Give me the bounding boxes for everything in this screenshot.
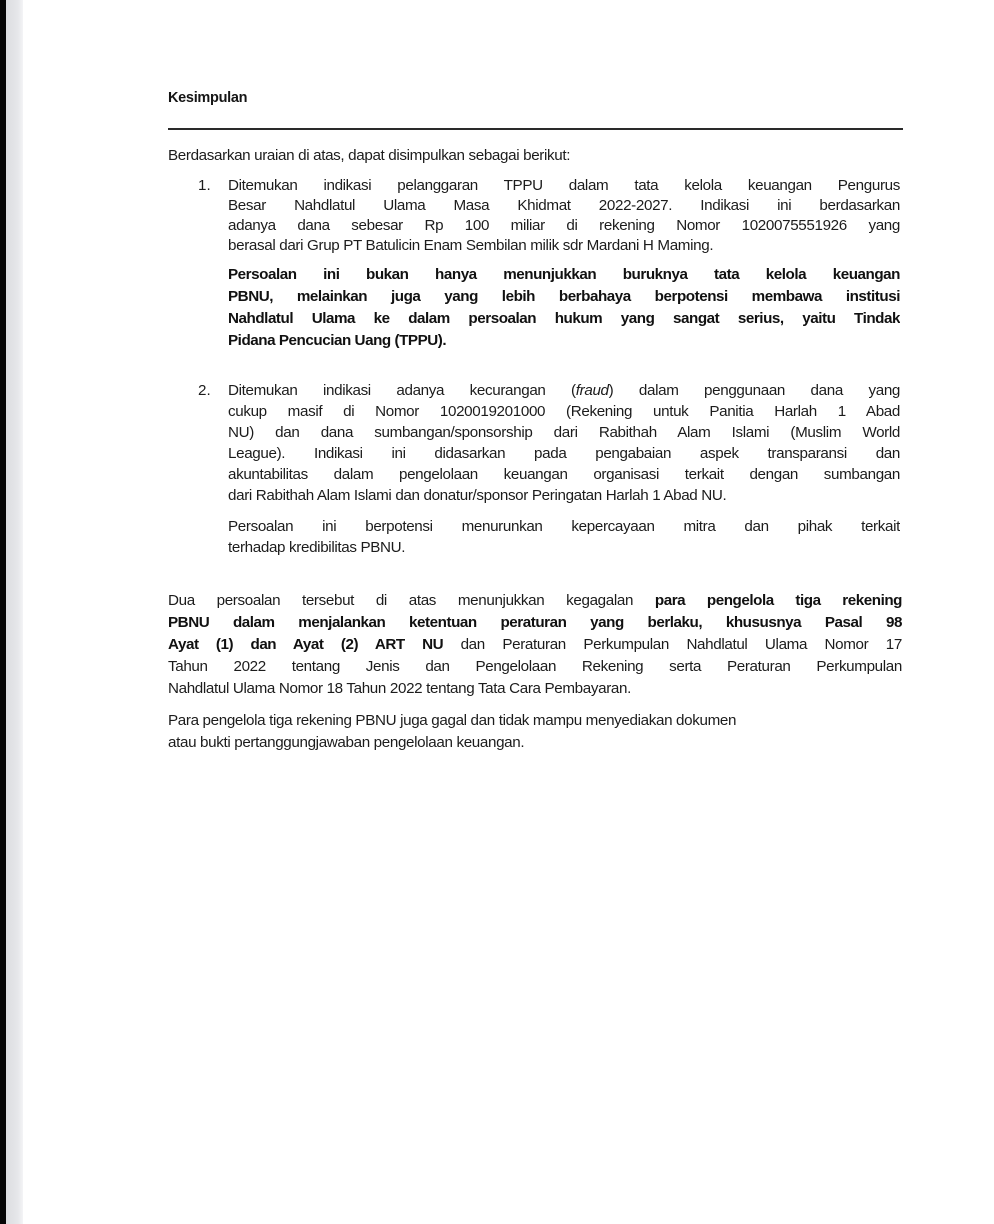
para-3-line-3: Ayat (1) dan Ayat (2) ART NU dan Peratur… — [168, 635, 902, 655]
para-3-line-1: Dua persoalan tersebut di atas menunjukk… — [168, 591, 902, 611]
item-2-line-6: dari Rabithah Alam Islami dan donatur/sp… — [228, 486, 726, 506]
item-1-bold-line-4: Pidana Pencucian Uang (TPPU). — [228, 331, 446, 351]
item-1-line-2: Besar Nahdlatul Ulama Masa Khidmat 2022-… — [228, 196, 900, 216]
para-3-line-4: Tahun 2022 tentang Jenis dan Pengelolaan… — [168, 657, 902, 677]
item-2-line-7: Persoalan ini berpotensi menurunkan kepe… — [228, 517, 900, 537]
intro-text: Berdasarkan uraian di atas, dapat disimp… — [168, 146, 570, 166]
section-heading: Kesimpulan — [168, 90, 247, 106]
item-1-line-3: adanya dana sebesar Rp 100 miliar di rek… — [228, 216, 900, 236]
item-2-line-8: terhadap kredibilitas PBNU. — [228, 538, 405, 558]
item-2-line-1-b: ) dalam penggunaan dana yang — [609, 382, 900, 399]
para-3-line-1-bold: para pengelola tiga rekening — [655, 592, 902, 609]
item-1-line-1: Ditemukan indikasi pelanggaran TPPU dala… — [228, 176, 900, 196]
document-page: Kesimpulan Berdasarkan uraian di atas, d… — [0, 0, 994, 1224]
item-2-line-1: Ditemukan indikasi adanya kecurangan (fr… — [228, 381, 900, 401]
item-1-line-4: berasal dari Grup PT Batulicin Enam Semb… — [228, 236, 713, 256]
para-3-line-3-bold: Ayat (1) dan Ayat (2) ART NU — [168, 636, 443, 653]
item-2-line-1-a: Ditemukan indikasi adanya kecurangan ( — [228, 382, 576, 399]
item-2-line-5: akuntabilitas dalam pengelolaan keuangan… — [228, 465, 900, 485]
para-4-line-2: atau bukti pertanggungjawaban pengelolaa… — [168, 733, 524, 753]
item-1-bold-line-1: Persoalan ini bukan hanya menunjukkan bu… — [228, 265, 900, 285]
heading-divider — [168, 128, 903, 130]
list-number-2: 2. — [198, 381, 211, 401]
item-2-line-4: League). Indikasi ini didasarkan pada pe… — [228, 444, 900, 464]
item-1-bold-line-2: PBNU, melainkan juga yang lebih berbahay… — [228, 287, 900, 307]
para-3-line-5: Nahdlatul Ulama Nomor 18 Tahun 2022 tent… — [168, 679, 631, 699]
item-2-line-1-italic: fraud — [576, 382, 609, 399]
para-4-line-1: Para pengelola tiga rekening PBNU juga g… — [168, 711, 736, 731]
list-number-1: 1. — [198, 176, 211, 196]
item-2-line-3: NU) dan dana sumbangan/sponsorship dari … — [228, 423, 900, 443]
para-3-line-1-normal: Dua persoalan tersebut di atas menunjukk… — [168, 592, 655, 609]
item-1-bold-line-3: Nahdlatul Ulama ke dalam persoalan hukum… — [228, 309, 900, 329]
para-3-line-3-normal: dan Peraturan Perkumpulan Nahdlatul Ulam… — [443, 636, 902, 653]
para-3-line-2: PBNU dalam menjalankan ketentuan peratur… — [168, 613, 902, 633]
item-2-line-2: cukup masif di Nomor 1020019201000 (Reke… — [228, 402, 900, 422]
